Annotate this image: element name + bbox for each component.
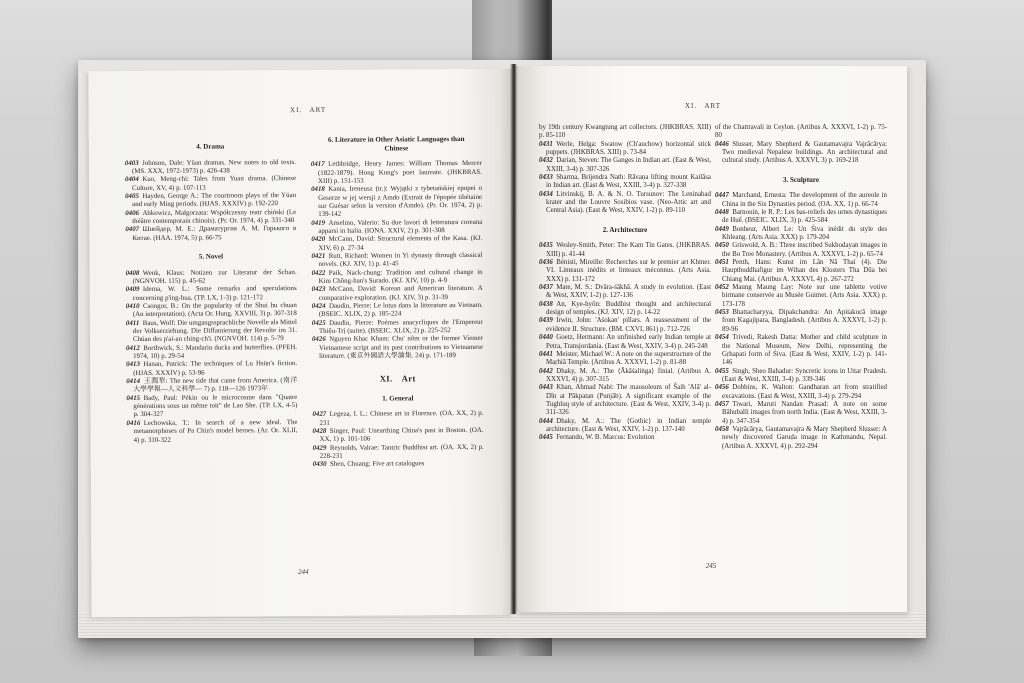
bibliography-entry: 0450 Griswold, A. B.: Three inscribed Su… (715, 242, 887, 259)
entry-number: 0452 (715, 284, 729, 291)
bibliography-entry: 0451 Penth, Hans: Kunst im Lān Nā Thai (… (715, 259, 887, 284)
bibliography-entry: 0423 McCann, David: Korean and American … (312, 285, 483, 303)
entry-number: 0412 (126, 345, 140, 352)
bibliography-entry: 0444 Dhaky, M. A.: The ⟨Gothic⟩ in India… (539, 418, 711, 435)
entry-number: 0403 (125, 160, 139, 167)
entry-continuation: by 19th century Kwangtung art collectors… (539, 124, 711, 141)
bibliography-entry: 0449 Bonheur, Albert Le: Un Śiva inédit … (715, 226, 887, 243)
bibliography-entry: 0440 Goetz, Hermann: An unfinished early… (539, 334, 711, 351)
entry-number: 0407 (125, 226, 139, 233)
bibliography-entry: 0434 Litvinskij, B. A. & N. O. Tursunov:… (539, 191, 711, 216)
bibliography-entry: 0446 Slusser, Mary Shepherd & Gautamavaj… (715, 141, 887, 166)
entry-number: 0405 (125, 193, 139, 200)
bibliography-entry: 0418 Kania, Ireneusz (tr.): Wyjątki z ty… (311, 185, 482, 219)
bibliography-entry: 0419 Anselmo, Valerio: Su due lavori di … (311, 218, 482, 236)
section-heading: 4. Drama (131, 142, 290, 152)
entry-number: 0448 (715, 209, 729, 216)
entry-number: 0437 (539, 284, 553, 291)
bibliography-entry: 0404 Kuo, Meng-chi: Tales from Yuan dram… (125, 175, 296, 193)
bibliography-entry: 0405 Hayden, George A.: The courtroom pl… (125, 192, 296, 210)
bibliography-entry: 0429 Reynolds, Valrae: Tantric Buddhist … (313, 444, 484, 462)
entry-number: 0438 (539, 301, 553, 308)
entry-number: 0406 (125, 210, 139, 217)
bibliography-entry: 0433 Sharma, Brijendra Nath: Rāvaṇa lift… (539, 174, 711, 191)
entry-number: 0456 (715, 384, 729, 391)
entry-number: 0440 (539, 334, 553, 341)
section-heading: 1. General (318, 394, 477, 404)
entry-number: 0424 (312, 303, 326, 310)
section-heading: 5. Novel (131, 252, 290, 262)
bibliography-entry: 0406 Abkowicz, Małgorzata: Współczesny t… (125, 209, 296, 227)
right-page-column-2: of the Chattravali in Ceylon. (Artibus A… (715, 124, 887, 451)
bibliography-entry: 0428 Singer, Paul: Unearthing China's pa… (313, 427, 484, 445)
bibliography-entry: 0453 Bhattacharyya, Dipakchandra: An Api… (715, 309, 887, 334)
bibliography-entry: 0417 Lethbridge, Henry James: William Th… (311, 160, 482, 186)
entry-number: 0423 (312, 286, 326, 293)
bibliography-entry: 0414 王潤華: The new tide that came from Am… (126, 377, 297, 395)
entry-number: 0442 (539, 368, 553, 375)
entry-number: 0432 (539, 157, 553, 164)
entry-number: 0409 (126, 286, 140, 293)
entry-number: 0444 (539, 418, 553, 425)
entry-number: 0439 (539, 317, 553, 324)
entry-number: 0436 (539, 259, 553, 266)
entry-number: 0451 (715, 259, 729, 266)
entry-number: 0457 (715, 401, 729, 408)
right-page-column-1: by 19th century Kwangtung art collectors… (539, 124, 711, 443)
entry-number: 0450 (715, 242, 729, 249)
bibliography-entry: 0456 Dobbins, K. Walton: Gandharan art f… (715, 384, 887, 401)
bibliography-entry: 0413 Hanan, Patrick: The techniques of L… (126, 360, 297, 378)
entry-number: 0431 (539, 141, 553, 148)
entry-number: 0449 (715, 226, 729, 233)
chapter-heading: XI. Art (312, 374, 483, 383)
bibliography-entry: 0431 Werle, Helga: Swatow (Ch'auchow) ho… (539, 141, 711, 158)
section-heading: 2. Architecture (545, 226, 705, 235)
bibliography-entry: 0427 Legeza, I. L.: Chinese art in Flore… (312, 410, 483, 428)
bibliography-entry: 0458 Vajrācārya, Gautamavajra & Mary She… (715, 426, 887, 451)
bibliography-entry: 0436 Bénisti, Mireille: Recherches sur l… (539, 259, 711, 284)
bibliography-entry: 0437 Mate, M. S.: Dvāra-śākhā. A study i… (539, 284, 711, 301)
bibliography-entry: 0407 Шнейдер, М. Е.: Драматургия А. М. Г… (125, 225, 296, 243)
entry-number: 0420 (311, 236, 325, 243)
entry-number: 0443 (539, 384, 553, 391)
bibliography-entry: 0412 Borthwick, S.: Mandarin ducks and b… (126, 344, 297, 362)
entry-number: 0427 (312, 411, 326, 418)
entry-number: 0453 (715, 309, 729, 316)
entry-number: 0425 (312, 320, 326, 327)
section-heading: 6. Literature in Other Asiatic Languages… (317, 135, 476, 153)
bibliography-entry: 0443 Khan, Ahmad Nabi: The mausoleum of … (539, 384, 711, 417)
left-page-column-2: 6. Literature in Other Asiatic Languages… (311, 135, 484, 470)
bibliography-entry: 0455 Singh, Sheo Bahadur: Syncretic icon… (715, 368, 887, 385)
bibliography-entry: 0424 Daudin, Pierre: Le lotus dans la li… (312, 302, 483, 320)
book-gutter (510, 64, 517, 614)
section-heading: 3. Sculpture (721, 176, 881, 185)
entry-number: 0426 (312, 336, 326, 343)
bibliography-entry: 0430 Shen, Chuang: Five art catalogues (313, 460, 484, 469)
entry-continuation: of the Chattravali in Ceylon. (Artibus A… (715, 124, 887, 141)
entry-number: 0418 (311, 186, 325, 193)
entry-number: 0410 (126, 303, 140, 310)
entry-number: 0434 (539, 191, 553, 198)
entry-number: 0419 (311, 219, 325, 226)
bibliography-entry: 0448 Barnouin, le R. P.: Les bas-reliefs… (715, 209, 887, 226)
page-number-right: 245 (631, 562, 791, 570)
entry-number: 0446 (715, 141, 729, 148)
entry-number: 0415 (126, 395, 140, 402)
entry-number: 0455 (715, 368, 729, 375)
bibliography-entry: 0416 Lechowska, T.: In search of a new i… (126, 419, 297, 445)
bibliography-entry: 0445 Fernando, W. B. Marcus: Evolution (539, 434, 711, 442)
bibliography-entry: 0432 Darian, Steven: The Ganges in India… (539, 157, 711, 174)
entry-number: 0435 (539, 242, 553, 249)
entry-number: 0422 (312, 270, 326, 277)
bibliography-entry: 0408 Wenk, Klaus: Notizen zur Literatur … (126, 269, 297, 287)
bibliography-entry: 0403 Johnson, Dale: Yüan dramas. New not… (125, 159, 296, 177)
entry-number: 0414 (126, 378, 140, 385)
bibliography-entry: 0441 Meister, Michael W.: A note on the … (539, 351, 711, 368)
running-head-left: XI. ART (97, 105, 520, 116)
entry-number: 0404 (125, 176, 139, 183)
entry-number: 0411 (126, 320, 139, 327)
entry-number: 0421 (311, 253, 325, 260)
entry-number: 0408 (126, 270, 140, 277)
bibliography-entry: 0439 Irwin, John: 'Aśokan' pillars. A re… (539, 317, 711, 334)
entry-number: 0428 (313, 428, 327, 435)
entry-number: 0458 (715, 426, 729, 433)
left-page: XI. ART 4. Drama0403 Johnson, Dale: Yüan… (88, 69, 514, 618)
entry-number: 0454 (715, 334, 729, 341)
bibliography-entry: 0452 Maung Maung Lay: Note sur une table… (715, 284, 887, 309)
entry-number: 0445 (539, 434, 553, 441)
entry-number: 0429 (313, 445, 327, 452)
entry-number: 0413 (126, 361, 140, 368)
bibliography-entry: 0435 Wesley-Smith, Peter: The Kam Tin Ga… (539, 242, 711, 259)
entry-number: 0430 (313, 461, 327, 468)
entry-number: 0441 (539, 351, 553, 358)
entry-number: 0433 (539, 174, 553, 181)
entry-number: 0416 (126, 420, 140, 427)
bibliography-entry: 0438 An, Kye-hyŏn: Buddhist thought and … (539, 301, 711, 318)
bibliography-entry: 0410 Csongor, B.: On the popularity of t… (126, 302, 297, 320)
bibliography-entry: 0447 Marchand, Ernesta: The development … (715, 192, 887, 209)
page-number-left: 244 (223, 568, 383, 577)
entry-number: 0417 (311, 161, 325, 168)
bibliography-entry: 0454 Trivedi, Rakesh Datta: Mother and c… (715, 334, 887, 367)
bibliography-entry: 0409 Idema, W. L.: Some remarks and spec… (126, 285, 297, 303)
running-head-right: XI. ART (507, 102, 899, 110)
left-page-column-1: 4. Drama0403 Johnson, Dale: Yüan dramas.… (125, 142, 298, 445)
bibliography-entry: 0415 Bady, Paul: Pékin ou le microcosme … (126, 394, 297, 420)
bibliography-entry: 0422 Paik, Nack-chung: Tradition and cul… (312, 269, 483, 287)
bibliography-entry: 0442 Dhaky, M. A.: The ⟨Ākāśaliṅga⟩ fini… (539, 368, 711, 385)
bibliography-entry: 0421 Rutt, Richard: Women in Yi dynasty … (311, 252, 482, 270)
bibliography-entry: 0426 Nguyen Khac Kham: Chu' nôm or the f… (312, 335, 483, 361)
bibliography-entry: 0457 Tiwari, Maruti Nandan Prasad: A not… (715, 401, 887, 426)
bibliography-entry: 0411 Baus, Wolf: Die umgangssprachliche … (126, 319, 297, 345)
bibliography-entry: 0420 McCann, David: Structural elements … (311, 235, 482, 253)
entry-number: 0447 (715, 192, 729, 199)
bibliography-entry: 0425 Daudin, Pierre: Poèmes anacycliques… (312, 319, 483, 337)
right-page: XI. ART by 19th century Kwangtung art co… (515, 66, 907, 612)
